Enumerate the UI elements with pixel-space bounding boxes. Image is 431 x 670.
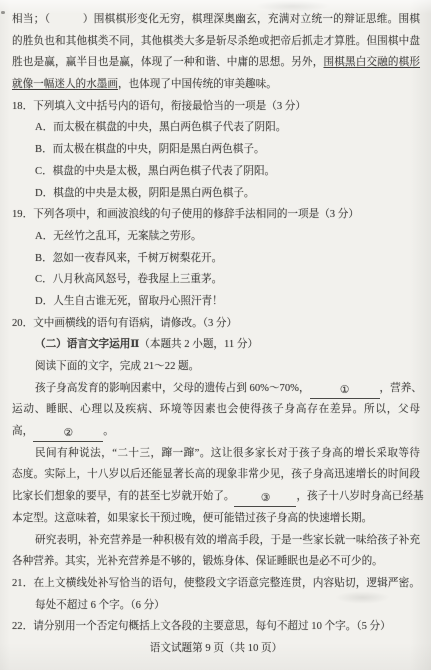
question-22-number: 22． — [12, 621, 33, 632]
option-text: 八月秋高风怒号，卷我屋上三重茅。 — [53, 274, 223, 285]
option-label: B． — [35, 144, 53, 155]
circled-number-3: ③ — [261, 493, 271, 504]
passage2-text: ，孩子十八岁时身高已经基 — [296, 491, 423, 502]
circled-number-2: ② — [63, 428, 73, 439]
passage2-text: 孩子身高发育的影响因素中，父母的遗传占到 60%～70%， — [35, 383, 310, 394]
passage1-line4-text: ，也体现了中国传统的审美趣味。 — [118, 79, 277, 90]
passage1-line4: 就像一幅迷人的水墨画，也体现了中国传统的审美趣味。 — [12, 74, 420, 96]
option-19-b: B．忽如一夜春风来，千树万树梨花开。 — [12, 248, 420, 270]
option-18-d: D．棋盘的中央是太极，阴阳是黑白两色棋子。 — [12, 183, 420, 205]
option-label: A． — [35, 122, 53, 133]
section-intro: 阅读下面的文字，完成 21～22 题。 — [12, 356, 420, 378]
option-label: D． — [35, 296, 53, 307]
fill-blank-2: ② — [33, 427, 103, 442]
passage2-text: 高， — [12, 426, 33, 437]
option-label: C． — [35, 166, 53, 177]
option-label: B． — [35, 253, 53, 264]
question-21-text: 在上文横线处补写恰当的语句，使整段文字语意完整连贯，内容贴切，逻辑严密。 — [33, 578, 420, 589]
question-18-text: 下列填入文中括号内的语句，衔接最恰当的一项是（3 分） — [33, 101, 306, 112]
question-18-number: 18． — [12, 101, 33, 112]
question-20-text: 文中画横线的语句有语病，请修改。（3 分） — [33, 318, 237, 329]
option-label: C． — [35, 274, 53, 285]
option-text: 棋盘的中央是太极，阴阳是黑白两色棋子。 — [53, 188, 254, 199]
option-19-d: D．人生自古谁无死，留取丹心照汗青！ — [12, 291, 420, 313]
option-18-b: B．而太极在棋盘的中央，阴阳是黑白两色棋子。 — [12, 139, 420, 161]
option-label: A． — [35, 231, 53, 242]
option-18-a: A．而太极在棋盘的中央，黑白两色棋子代表了阴阳。 — [12, 117, 420, 139]
question-20-number: 20． — [12, 318, 33, 329]
passage1-line2: 的胜负也和其他棋类不同，其他棋类大多是斩尽杀绝或把帝后抓走才算胜。但围棋中盘 — [12, 31, 420, 53]
passage2-p2-line4: 本定型。这意味着，如果家长干预过晚，便可能错过孩子身高的快速增长期。 — [12, 508, 420, 530]
question-19-stem: 19．下列各项中，和画波浪线的句子使用的修辞手法相同的一项是（3 分） — [12, 204, 420, 226]
option-label: D． — [35, 188, 53, 199]
section-heading: （二）语言文字运用Ⅱ（本题共 2 小题，11 分） — [12, 334, 420, 356]
passage2-p2-line2: 态度。实际上，十八岁以后还能显著长高的现象非常少见，孩子身高迅速增长的时间段 — [12, 464, 420, 486]
passage2-p1-line2: 运动、睡眠、心理以及疾病、环境等因素也会使得孩子身高存在差异。所以，父母 — [12, 399, 420, 421]
passage1-line1: 相当；（ ）围棋棋形变化无穷，棋理深奥幽玄，充满对立统一的辩证思维。围棋 — [12, 9, 420, 31]
passage2-p1-line3: 高，②。 — [12, 421, 420, 443]
question-22-stem: 22．请分别用一个否定句概括上文各段的主要意思，每句不超过 10 个字。（5 分… — [12, 616, 420, 638]
passage2-p2-line1: 民间有种说法，“二十三，蹿一蹿”。这让很多家长对于孩子身高的增长采取等待 — [12, 443, 420, 465]
scan-speck — [1, 11, 5, 14]
passage1-line3: 胜也是赢，赢半目也是赢，体现了一种和谐、中庸的思想。另外，围棋黑白交融的棋形 — [12, 52, 420, 74]
exam-page: 相当；（ ）围棋棋形变化无穷，棋理深奥幽玄，充满对立统一的辩证思维。围棋 的胜负… — [0, 0, 431, 670]
option-19-c: C．八月秋高风怒号，卷我屋上三重茅。 — [12, 269, 420, 291]
fill-blank-1: ① — [310, 384, 380, 399]
underlined-sentence-part2: 就像一幅迷人的水墨画 — [12, 79, 118, 90]
passage2-text: ，营养、 — [380, 383, 422, 394]
underlined-sentence-part1: 围棋黑白交融的棋形 — [323, 57, 420, 68]
option-19-a: A．无丝竹之乱耳，无案牍之劳形。 — [12, 226, 420, 248]
question-18-stem: 18．下列填入文中括号内的语句，衔接最恰当的一项是（3 分） — [12, 96, 420, 118]
option-text: 人生自古谁无死，留取丹心照汗青！ — [53, 296, 223, 307]
question-22-text: 请分别用一个否定句概括上文各段的主要意思，每句不超过 10 个字。（5 分） — [33, 621, 391, 632]
option-text: 棋盘的中央是太极，黑白两色棋子代表了阴阳。 — [53, 166, 275, 177]
passage2-text: 。 — [103, 426, 114, 437]
section-heading-bold: （二）语言文字运用Ⅱ — [35, 339, 139, 350]
option-text: 而太极在棋盘的中央，黑白两色棋子代表了阴阳。 — [53, 122, 286, 133]
passage2-text: 比家长们想象的要早，有的甚至七岁就开始了。 — [12, 491, 234, 502]
passage1-line3-text: 胜也是赢，赢半目也是赢，体现了一种和谐、中庸的思想。另外， — [12, 57, 323, 68]
question-21-stem-line1: 21．在上文横线处补写恰当的语句，使整段文字语意完整连贯，内容贴切，逻辑严密。 — [12, 573, 420, 595]
fill-blank-3: ③ — [234, 492, 296, 507]
passage2-p1-line1: 孩子身高发育的影响因素中，父母的遗传占到 60%～70%，①，营养、 — [12, 378, 420, 400]
passage2-p3-line1: 研究表明，补充营养是一种积极有效的增高手段，于是一些家长就一味给孩子补充 — [12, 530, 420, 552]
question-19-text: 下列各项中，和画波浪线的句子使用的修辞手法相同的一项是（3 分） — [33, 209, 359, 220]
question-21-stem-line2: 每处不超过 6 个字。（6 分） — [12, 595, 420, 617]
passage2-p3-line2: 各种营养。其实，光补充营养是不够的，锻炼身体、保证睡眠也是必不可少的。 — [12, 551, 420, 573]
option-18-c: C．棋盘的中央是太极，黑白两色棋子代表了阴阳。 — [12, 161, 420, 183]
passage2-p2-line3: 比家长们想象的要早，有的甚至七岁就开始了。③，孩子十八岁时身高已经基 — [12, 486, 420, 508]
section-heading-rest: （本题共 2 小题，11 分） — [139, 339, 258, 350]
circled-number-1: ① — [340, 385, 350, 396]
option-text: 无丝竹之乱耳，无案牍之劳形。 — [53, 231, 201, 242]
question-19-number: 19． — [12, 209, 33, 220]
page-footer: 语文试题第 9 页（共 10 页） — [12, 638, 420, 660]
question-21-number: 21． — [12, 578, 33, 589]
question-20-stem: 20．文中画横线的语句有语病，请修改。（3 分） — [12, 313, 420, 335]
option-text: 而太极在棋盘的中央，阴阳是黑白两色棋子。 — [53, 144, 265, 155]
option-text: 忽如一夜春风来，千树万树梨花开。 — [53, 253, 223, 264]
